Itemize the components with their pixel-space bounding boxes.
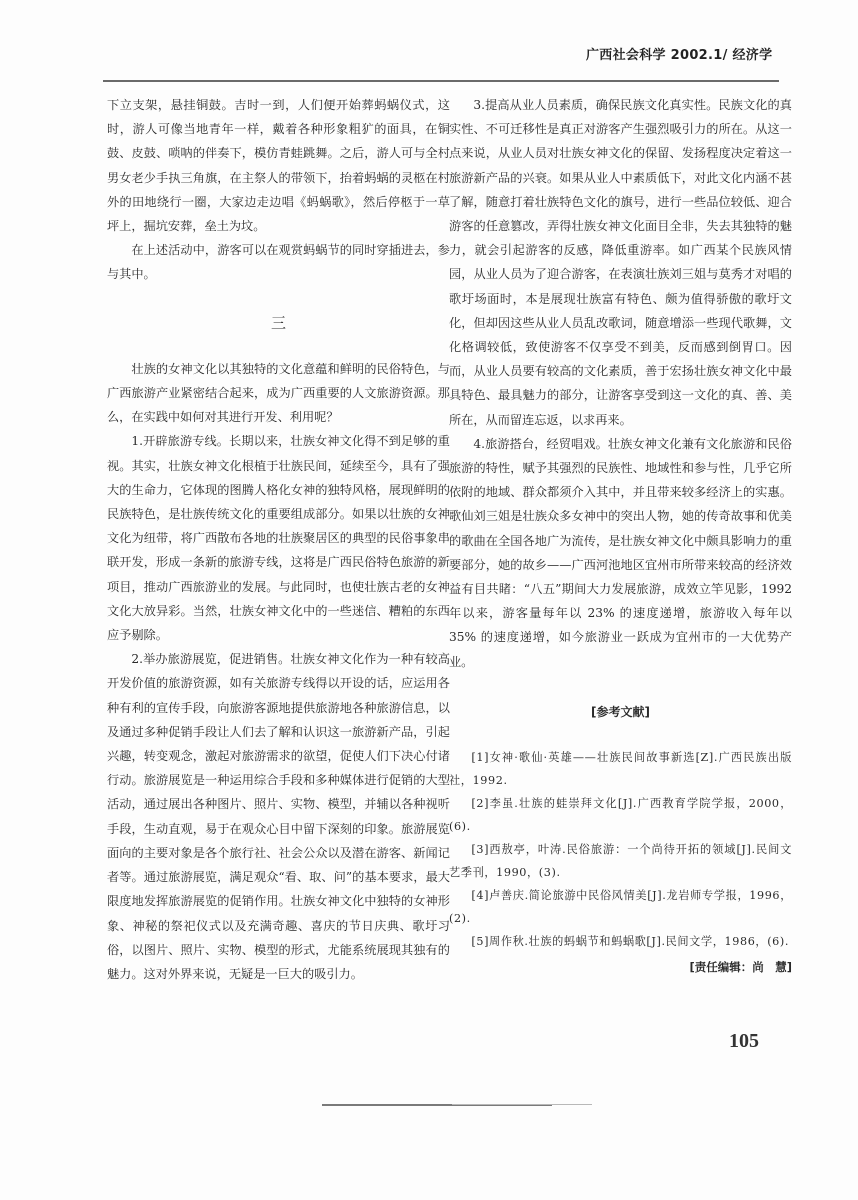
running-head: 广西社会科学 2002.1/ 经济学 bbox=[586, 44, 772, 63]
paragraph: 壮族的女神文化以其独特的文化意蕴和鲜明的民俗特色，与广西旅游产业紧密结合起来，成… bbox=[107, 357, 450, 430]
reference-item: [2]李虽.壮族的蛙崇拜文化[J].广西教育学院学报，2000，(6). bbox=[449, 792, 792, 838]
references-title: [参考文献] bbox=[449, 700, 792, 724]
footer-rule-faint bbox=[452, 1104, 592, 1105]
reference-item: [4]卢善庆.简论旅游中民俗风情美[J].龙岩师专学报，1996，(2). bbox=[449, 884, 792, 930]
reference-item: [5]周作秋.壮族的蚂蜗节和蚂蜗歌[J].民间文学，1986，(6). bbox=[449, 930, 792, 953]
section-heading: 三 bbox=[107, 311, 450, 335]
right-column: 3.提高从业人员素质，确保民族文化真实性。民族文化的真实性、不可迁移性是真正对游… bbox=[449, 93, 792, 979]
page-number: 105 bbox=[729, 1030, 759, 1053]
reference-item: [3]西敖亭，叶涛.民俗旅游：一个尚待开拓的领域[J].民间文艺季刊，1990，… bbox=[449, 838, 792, 884]
paragraph: 3.提高从业人员素质，确保民族文化真实性。民族文化的真实性、不可迁移性是真正对游… bbox=[449, 93, 792, 432]
paragraph: 4.旅游搭台，经贸唱戏。壮族女神文化兼有文化旅游和民俗旅游的特性，赋予其强烈的民… bbox=[449, 432, 792, 674]
paragraph: 在上述活动中，游客可以在观赏蚂蜗节的同时穿插进去，参与其中。 bbox=[107, 238, 450, 286]
left-column: 下立支架，悬挂铜鼓。吉时一到，人们便开始葬蚂蜗仪式，这时，游人可像当地青年一样，… bbox=[107, 93, 450, 986]
header-rule bbox=[103, 80, 779, 82]
paragraph: 1.开辟旅游专线。长期以来，壮族女神文化得不到足够的重视。其实，壮族女神文化根植… bbox=[107, 429, 450, 647]
reference-item: [1]女神·歌仙·英雄——壮族民间故事新选[Z].广西民族出版社，1992. bbox=[449, 746, 792, 792]
paragraph: 2.举办旅游展览，促进销售。壮族女神文化作为一种有较高开发价值的旅游资源，如有关… bbox=[107, 647, 450, 986]
editor-note: [责任编辑：尚 慧] bbox=[449, 955, 792, 979]
paragraph: 下立支架，悬挂铜鼓。吉时一到，人们便开始葬蚂蜗仪式，这时，游人可像当地青年一样，… bbox=[107, 93, 450, 238]
